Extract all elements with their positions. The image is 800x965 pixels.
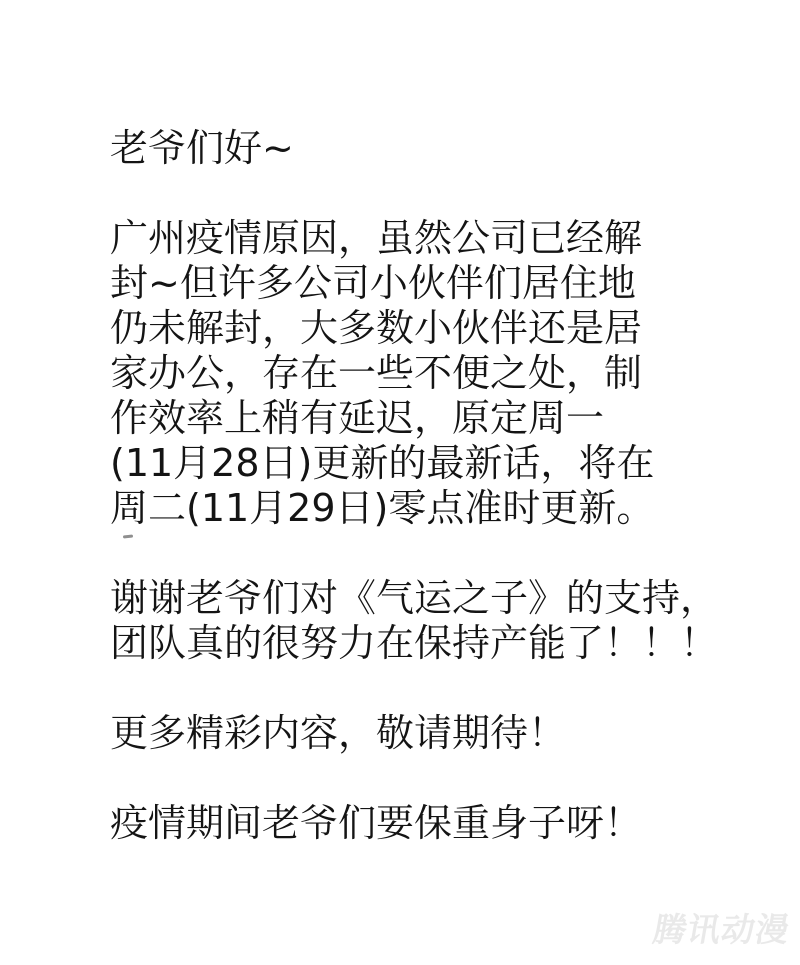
announcement-page: 老爷们好~ 广州疫情原因，虽然公司已经解 封~但许多公司小伙伴们居住地 仍未解封…	[0, 0, 800, 965]
paragraph-gap	[110, 171, 750, 216]
body-line: 封~但许多公司小伙伴们居住地	[110, 261, 750, 306]
paragraph-gap	[110, 666, 750, 711]
more-content-line: 更多精彩内容，敬请期待！	[110, 711, 750, 756]
take-care-line: 疫情期间老爷们要保重身子呀！	[110, 801, 750, 846]
body-line: 仍未解封，大多数小伙伴还是居	[110, 306, 750, 351]
body-line: 作效率上稍有延迟，原定周一	[110, 396, 750, 441]
paragraph-gap	[110, 756, 750, 801]
thanks-line: 团队真的很努力在保持产能了！！！	[110, 621, 750, 666]
paragraph-gap	[110, 531, 750, 576]
announcement-text: 老爷们好~ 广州疫情原因，虽然公司已经解 封~但许多公司小伙伴们居住地 仍未解封…	[110, 126, 750, 846]
tencent-comics-watermark: 腾讯动漫	[650, 904, 794, 951]
body-line: (11月28日)更新的最新话，将在	[110, 441, 750, 486]
thanks-line: 谢谢老爷们对《气运之子》的支持，	[110, 576, 750, 621]
greeting-line: 老爷们好~	[110, 126, 750, 171]
body-line: 广州疫情原因，虽然公司已经解	[110, 216, 750, 261]
body-line: 家办公，存在一些不便之处，制	[110, 351, 750, 396]
body-line: 周二(11月29日)零点准时更新。	[110, 486, 750, 531]
